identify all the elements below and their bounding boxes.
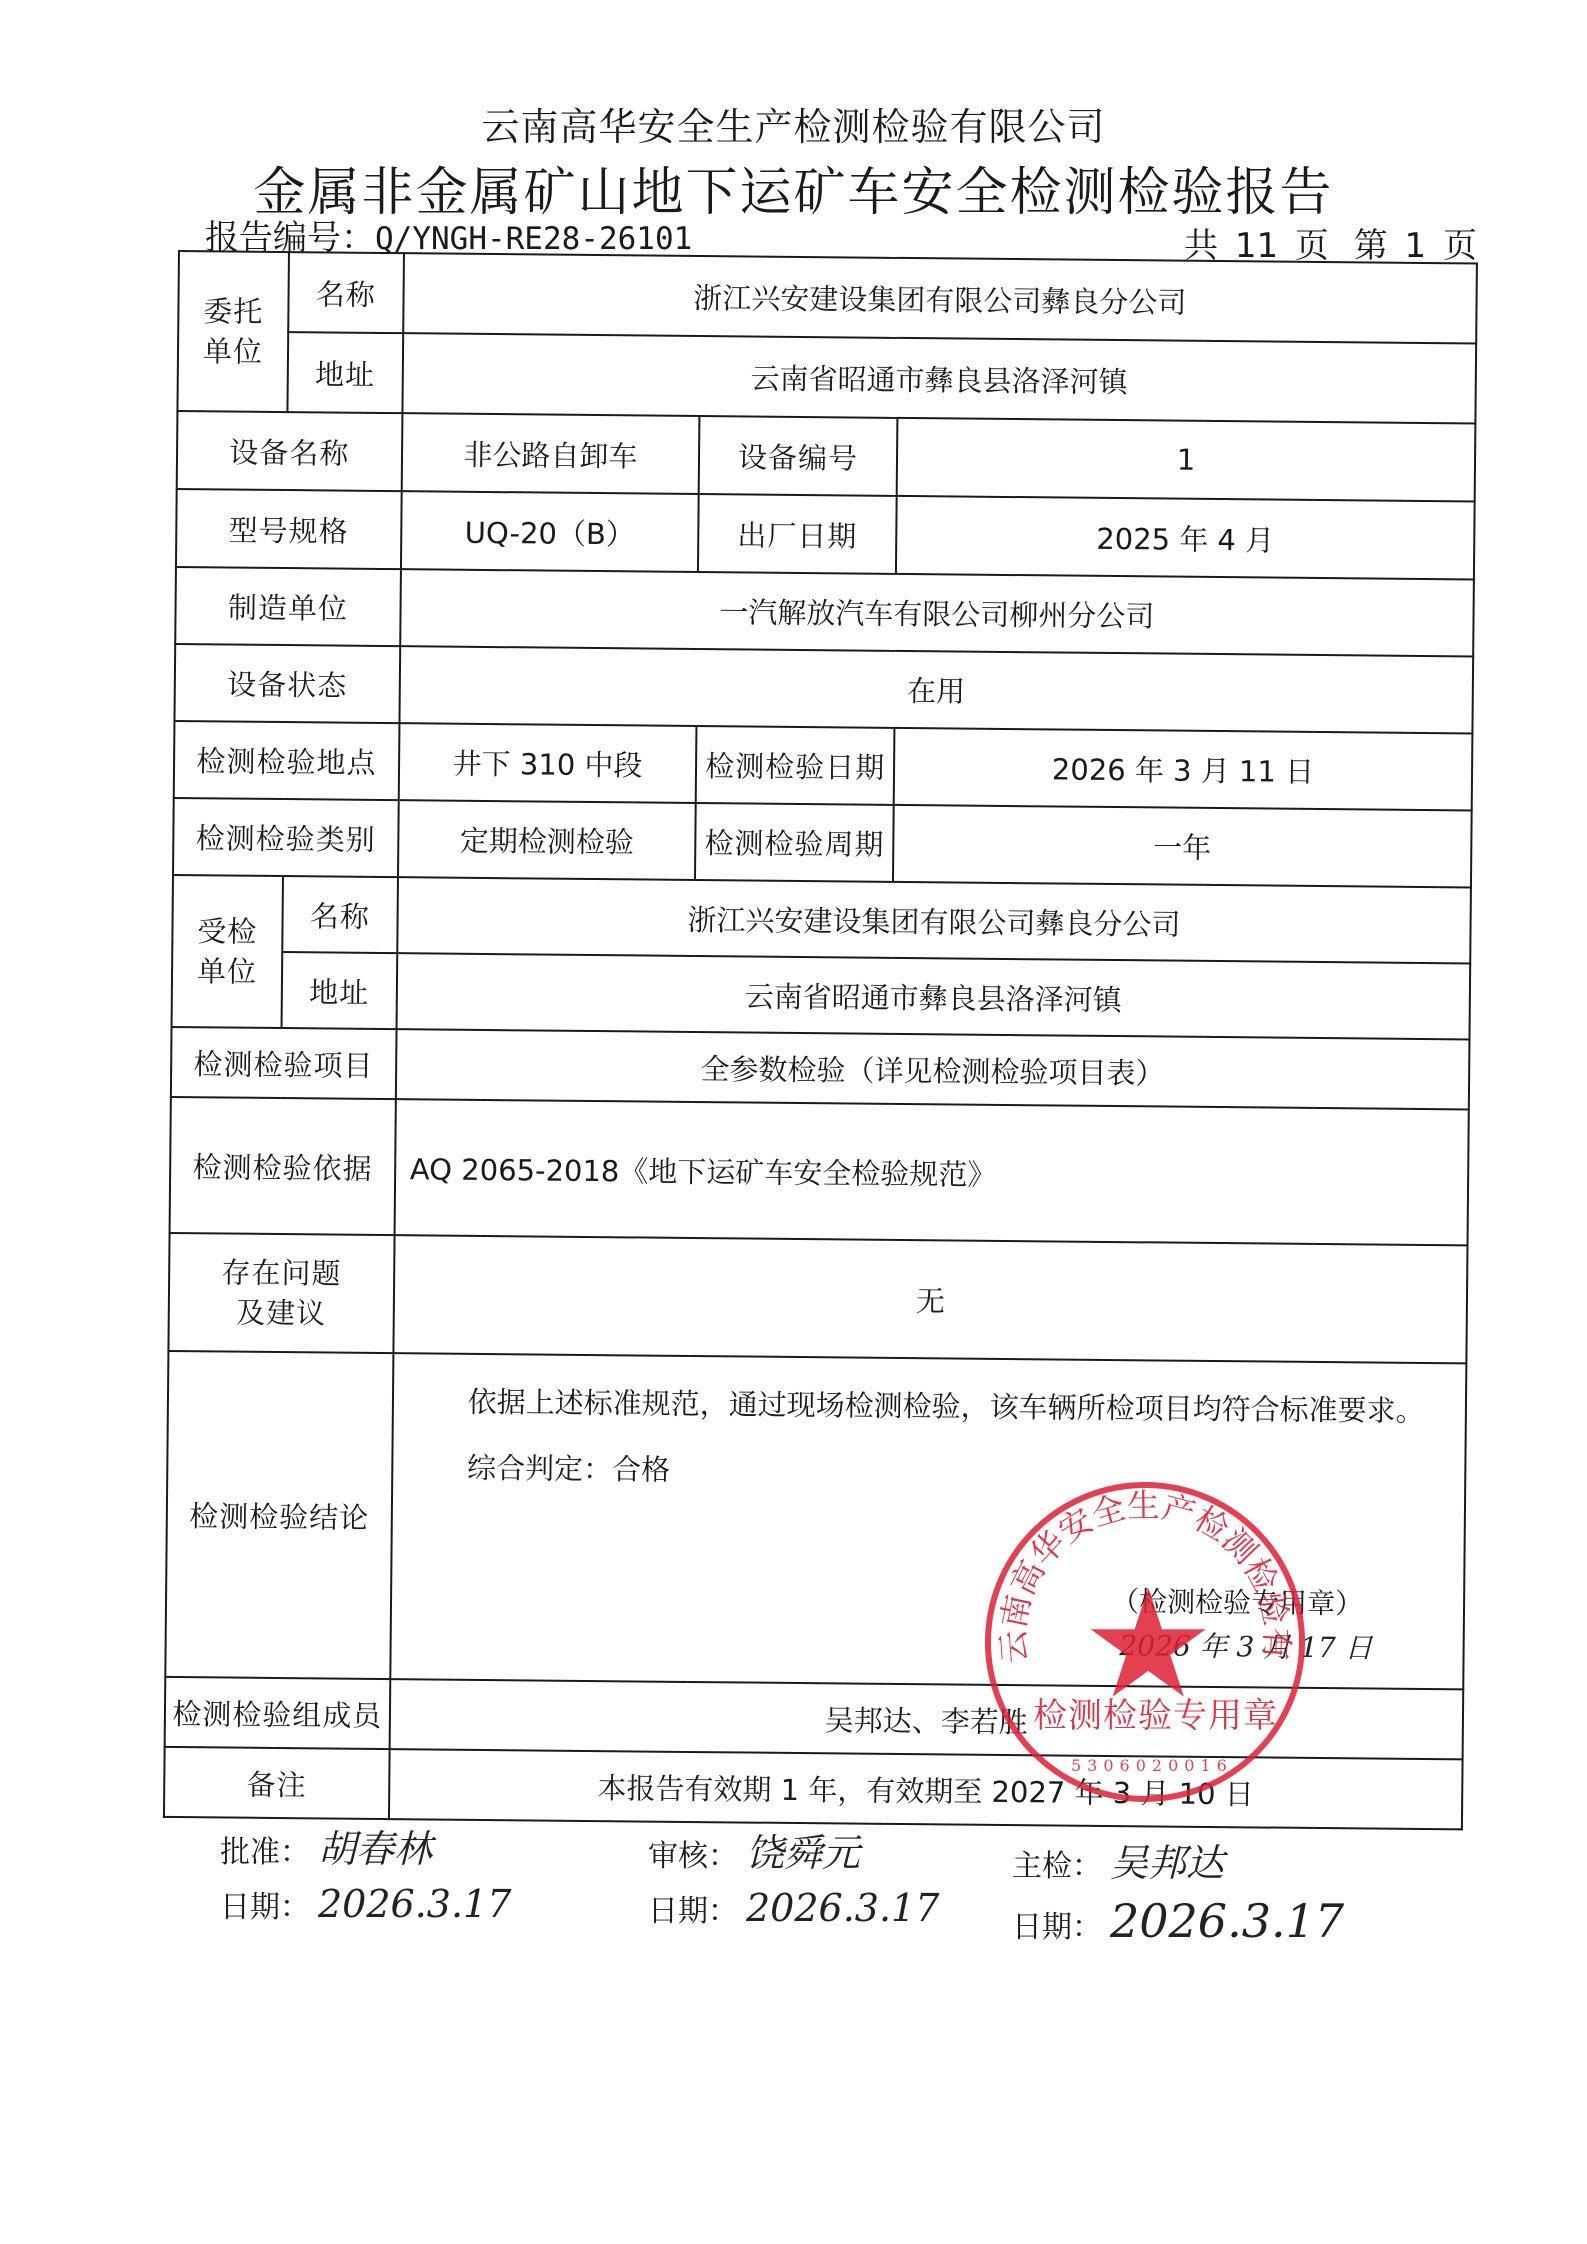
location-value: 井下 310 中段	[398, 723, 696, 803]
client-name-value: 浙江兴安建设集团有限公司彝良分公司	[403, 253, 1477, 343]
location-label: 检测检验地点	[174, 721, 399, 800]
approve-date-label: 日期：	[220, 1890, 310, 1925]
approve-signature: 批准：胡春林	[220, 1818, 432, 1873]
cycle-value: 一年	[893, 805, 1472, 888]
cycle-label: 检测检验周期	[695, 803, 893, 882]
status-label: 设备状态	[174, 644, 399, 723]
model-label: 型号规格	[176, 489, 401, 569]
client-name-row: 委托单位 名称 浙江兴安建设集团有限公司彝良分公司	[178, 251, 1477, 343]
category-value: 定期检测检验	[398, 800, 696, 880]
remark-value: 本报告有效期 1 年，有效期至 2027 年 3 月 10 日	[389, 1749, 1463, 1829]
review-date: 2026.3.17	[746, 1886, 939, 1930]
review-date-row: 日期：2026.3.17	[648, 1886, 939, 1930]
inspection-date-label: 检测检验日期	[696, 726, 894, 805]
inspected-address-label: 地址	[281, 952, 397, 1029]
members-row: 检测检验组成员 吴邦达、李若胜	[165, 1677, 1464, 1759]
manufacturer-value: 一汽解放汽车有限公司柳州分公司	[400, 569, 1474, 656]
issues-value: 无	[393, 1235, 1467, 1363]
inspected-address-row: 地址 云南省昭通市彝良县洛泽河镇	[172, 951, 1471, 1039]
stamp-date: 2026 年 3 月 17 日	[1119, 1623, 1373, 1671]
verdict-text: 综合判定：合格	[409, 1444, 1449, 1500]
status-row: 设备状态 在用	[174, 644, 1473, 733]
inspected-name-value: 浙江兴安建设集团有限公司彝良分公司	[397, 877, 1471, 963]
category-row: 检测检验类别 定期检测检验 检测检验周期 一年	[173, 798, 1472, 887]
inspected-name-label: 名称	[282, 876, 398, 953]
remark-label: 备注	[164, 1747, 389, 1819]
chief-signature: 主检：吴邦达	[1012, 1832, 1224, 1887]
review-signature: 审核：饶舜元	[648, 1822, 860, 1877]
company-name: 云南高华安全生产检测检验有限公司	[0, 96, 1587, 151]
equipment-name-value: 非公路自卸车	[401, 413, 699, 494]
approve-date: 2026.3.17	[318, 1882, 511, 1926]
members-value: 吴邦达、李若胜	[389, 1679, 1463, 1759]
members-label: 检测检验组成员	[165, 1677, 390, 1749]
equipment-row: 设备名称 非公路自卸车 设备编号 1	[177, 411, 1476, 501]
inspected-address-value: 云南省昭通市彝良县洛泽河镇	[396, 953, 1470, 1039]
chief-name: 吴邦达	[1110, 1841, 1224, 1885]
issues-label: 存在问题 及建议	[168, 1233, 394, 1353]
chief-date: 2026.3.17	[1110, 1894, 1344, 1948]
chief-label: 主检：	[1012, 1849, 1102, 1884]
conclusion-label: 检测检验结论	[165, 1351, 393, 1679]
basis-value: AQ 2065-2018《地下运矿车安全检验规范》	[394, 1099, 1469, 1245]
current-page: 第 1 页	[1354, 226, 1477, 266]
client-name-label: 名称	[288, 252, 404, 333]
review-name: 饶舜元	[746, 1831, 860, 1875]
approve-label: 批准：	[220, 1835, 310, 1870]
location-row: 检测检验地点 井下 310 中段 检测检验日期 2026 年 3 月 11 日	[174, 721, 1473, 810]
report-page: 云南高华安全生产检测检验有限公司 金属非金属矿山地下运矿车安全检测检验报告 报告…	[0, 0, 1587, 2244]
conclusion-cell: 依据上述标准规范，通过现场检测检验，该车辆所检项目均符合标准要求。 综合判定：合…	[390, 1353, 1466, 1689]
model-row: 型号规格 UQ-20（B） 出厂日期 2025 年 4 月	[176, 489, 1475, 579]
chief-date-row: 日期：2026.3.17	[1012, 1894, 1344, 1948]
approve-name: 胡春林	[318, 1827, 432, 1871]
conclusion-text: 依据上述标准规范，通过现场检测检验，该车辆所检项目均符合标准要求。	[409, 1378, 1449, 1434]
review-label: 审核：	[648, 1839, 738, 1874]
model-value: UQ-20（B）	[401, 491, 699, 572]
inspected-group-label: 受检单位	[172, 875, 283, 1028]
manufacture-date-value: 2025 年 4 月	[896, 496, 1475, 580]
client-address-label: 地址	[287, 332, 403, 413]
issues-label-line2: 及建议	[170, 1292, 393, 1334]
items-value: 全参数检验（详见检测检验项目表）	[396, 1029, 1470, 1109]
equipment-no-label: 设备编号	[699, 416, 897, 496]
issues-row: 存在问题 及建议 无	[168, 1233, 1467, 1363]
report-table: 委托单位 名称 浙江兴安建设集团有限公司彝良分公司 地址 云南省昭通市彝良县洛泽…	[163, 250, 1478, 1830]
conclusion-row: 检测检验结论 依据上述标准规范，通过现场检测检验，该车辆所检项目均符合标准要求。…	[165, 1351, 1466, 1689]
equipment-name-label: 设备名称	[177, 411, 402, 491]
basis-label: 检测检验依据	[170, 1097, 396, 1235]
chief-date-label: 日期：	[1012, 1910, 1102, 1945]
client-group-label: 委托单位	[177, 251, 288, 412]
equipment-no-value: 1	[897, 418, 1476, 502]
manufacturer-label: 制造单位	[175, 567, 400, 646]
review-date-label: 日期：	[648, 1894, 738, 1929]
issues-label-line1: 存在问题	[170, 1252, 393, 1294]
manufacture-date-label: 出厂日期	[698, 494, 896, 574]
stamp-caption: （检测检验专用章）	[1111, 1579, 1363, 1627]
items-label: 检测检验项目	[171, 1027, 396, 1099]
client-address-row: 地址 云南省昭通市彝良县洛泽河镇	[177, 331, 1476, 423]
inspected-name-row: 受检单位 名称 浙江兴安建设集团有限公司彝良分公司	[172, 875, 1471, 963]
items-row: 检测检验项目 全参数检验（详见检测检验项目表）	[171, 1027, 1470, 1109]
manufacturer-row: 制造单位 一汽解放汽车有限公司柳州分公司	[175, 567, 1474, 656]
approve-date-row: 日期：2026.3.17	[220, 1882, 511, 1926]
basis-row: 检测检验依据 AQ 2065-2018《地下运矿车安全检验规范》	[170, 1097, 1469, 1245]
inspection-date-value: 2026 年 3 月 11 日	[894, 728, 1473, 811]
client-address-value: 云南省昭通市彝良县洛泽河镇	[402, 333, 1476, 423]
status-value: 在用	[399, 646, 1473, 733]
category-label: 检测检验类别	[173, 798, 398, 877]
